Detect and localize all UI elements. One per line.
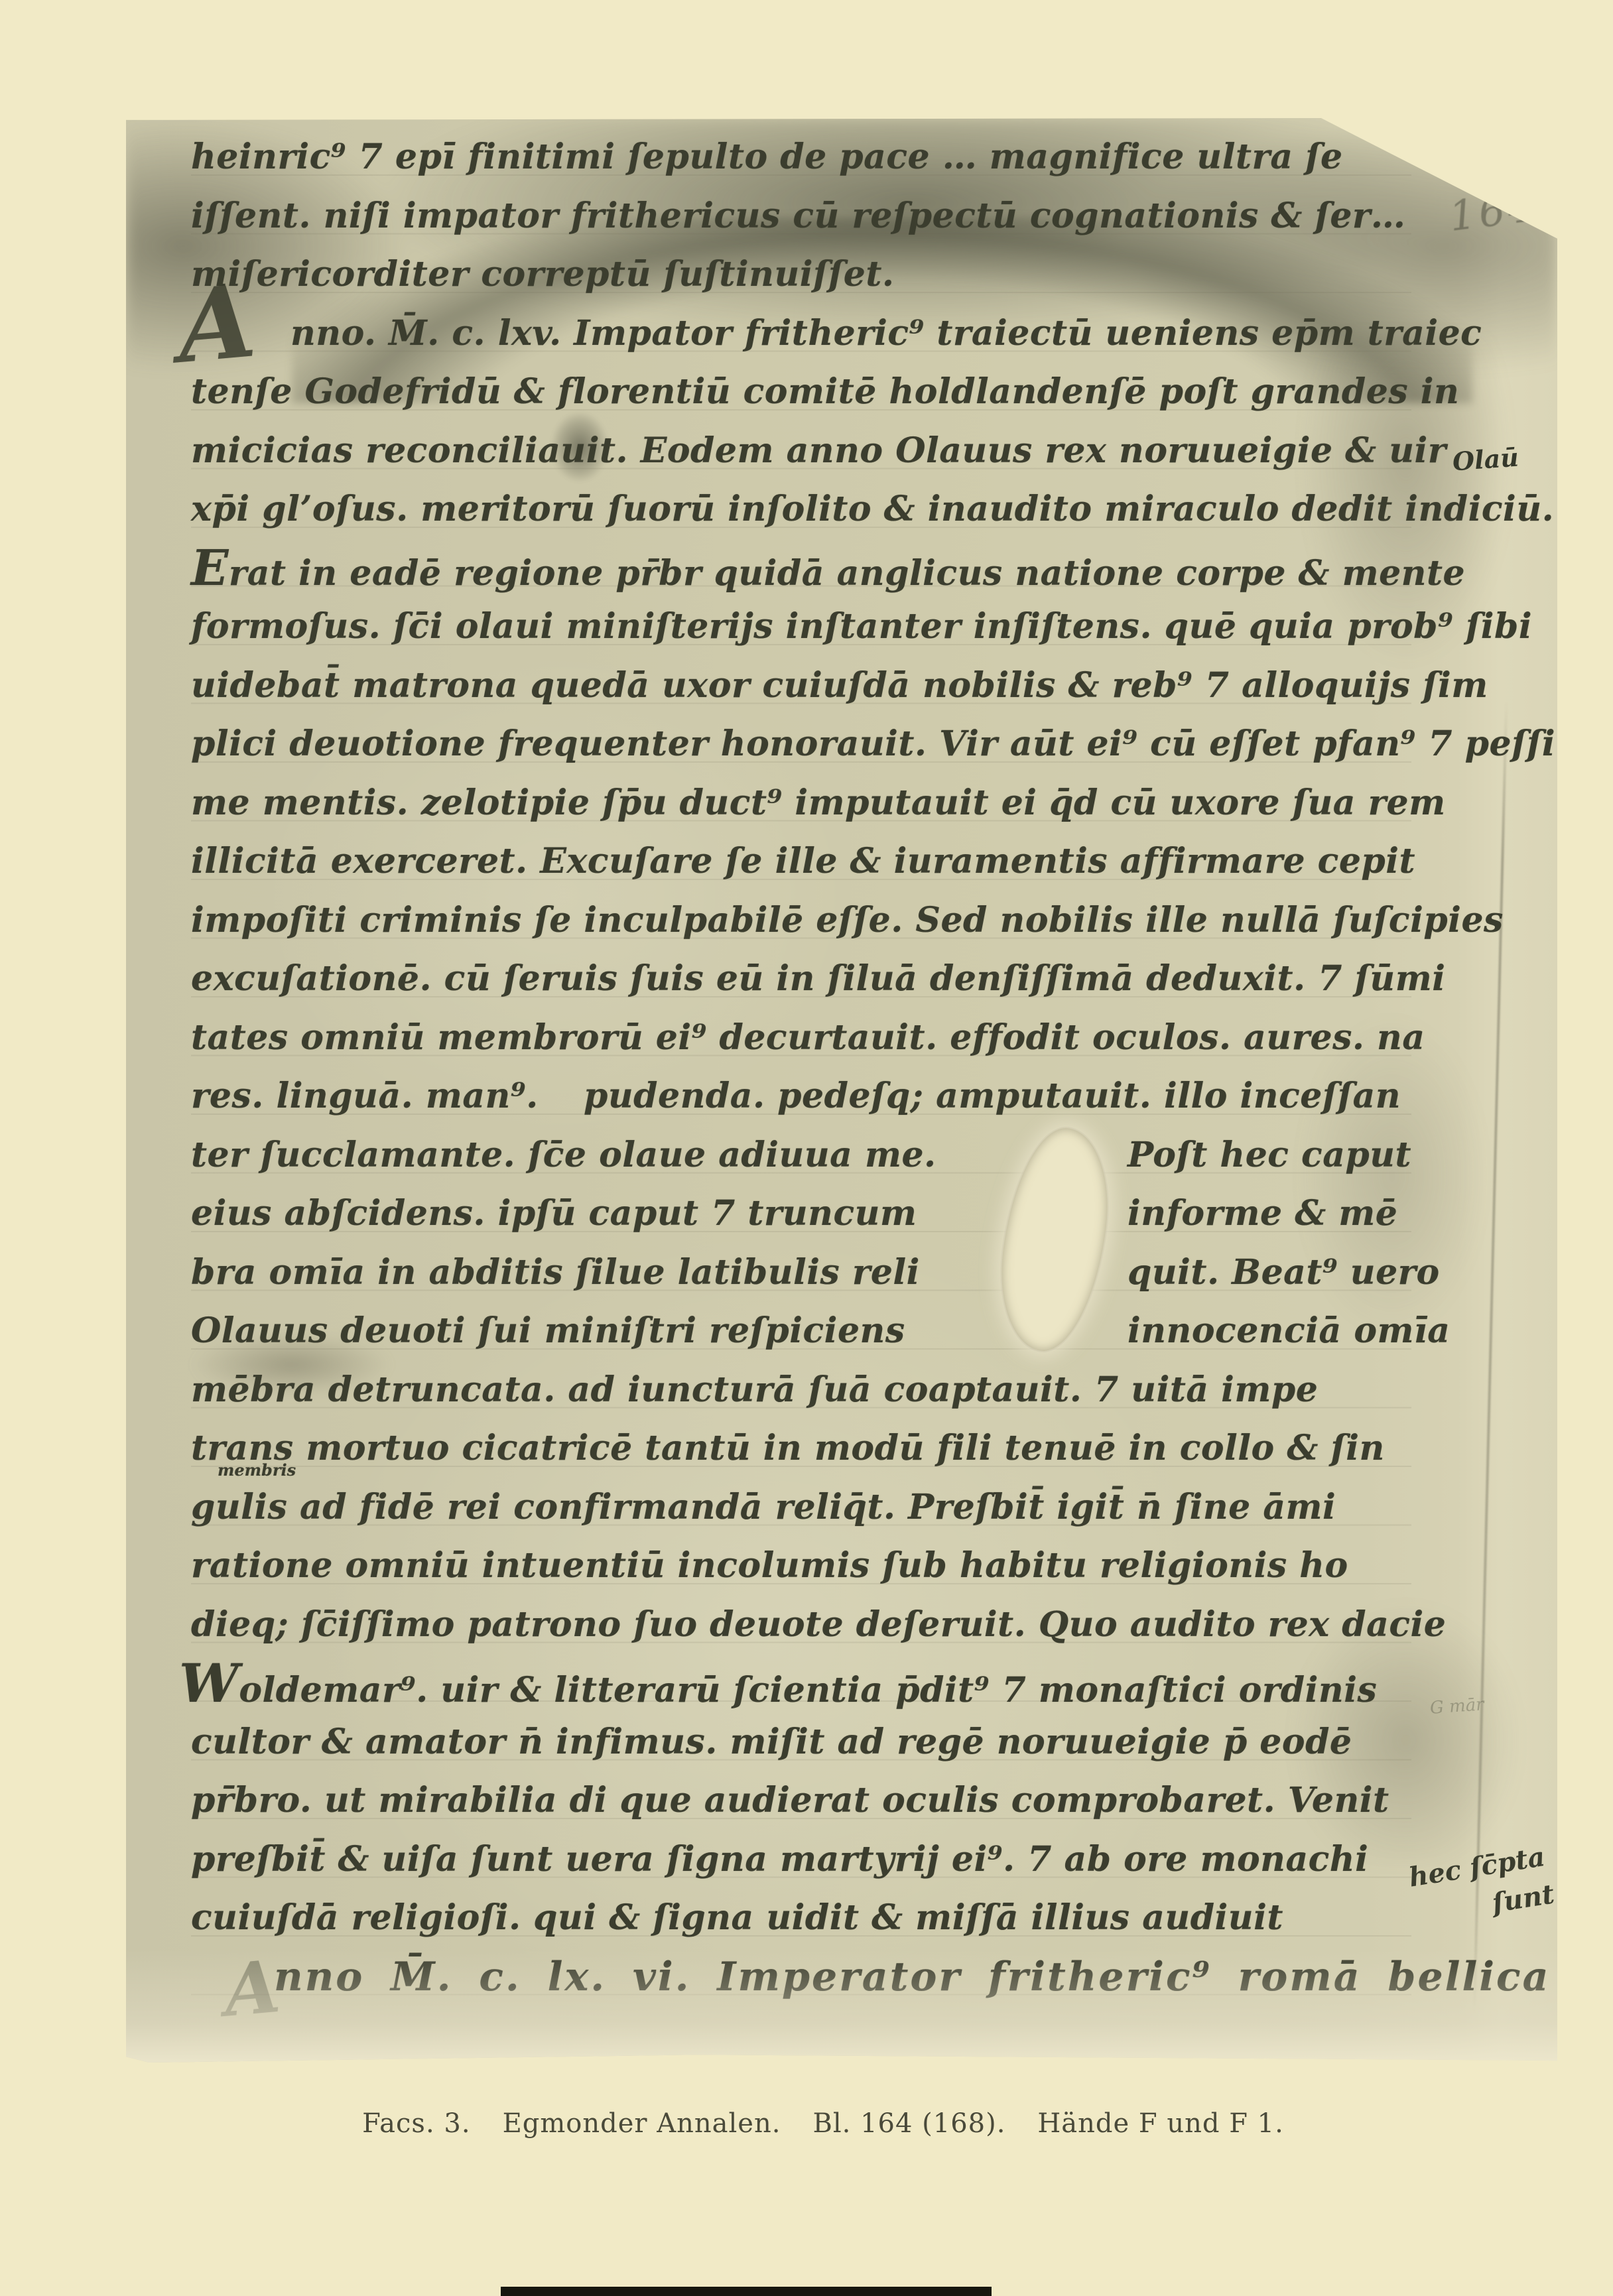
line-text: Olauus deuoti ſui miniſtri reſpiciens bbox=[191, 1310, 905, 1351]
folio-number: 164 bbox=[1447, 186, 1540, 237]
line-text-right: informe & mē bbox=[1128, 1184, 1397, 1244]
manuscript-line: preſbit̄ & uiſa ſunt uera ſigna martyrij… bbox=[191, 1830, 1411, 1889]
line-text: cuiuſdā religioſi. qui & ſigna uidit & m… bbox=[191, 1897, 1283, 1938]
line-text: dieq; ſc̄iſſimo patrono ſuo deuote deſer… bbox=[191, 1604, 1446, 1645]
manuscript-line: Olauus deuoti ſui miniſtri reſpiciensinn… bbox=[191, 1302, 1411, 1361]
line-text: oldemar⁹. uir & litterarū ſcientia p̄dit… bbox=[239, 1670, 1377, 1710]
manuscript-line: Anno. M̄. c. lxv. Impator fritheric⁹ tra… bbox=[191, 304, 1411, 363]
line-text: miſericorditer correptū ſuſtinuiſſet. bbox=[191, 254, 894, 294]
line-text: formoſus. ſc̄i olaui miniſterijs inſtant… bbox=[191, 606, 1532, 647]
manuscript-line: mēbra detruncata. ad iuncturā ſuā coapta… bbox=[191, 1361, 1411, 1420]
enlarged-initial-w: W bbox=[179, 1652, 239, 1714]
facsimile-photo: 164 Olaū heinric⁹ 7 epī finitimi ſepulto… bbox=[126, 118, 1557, 2063]
manuscript-line: formoſus. ſc̄i olaui miniſterijs inſtant… bbox=[191, 598, 1411, 657]
line-text: tates omniū membrorū ei⁹ decurtauit. eff… bbox=[191, 1017, 1425, 1058]
line-text: me mentis. zelotipie ſp̄u duct⁹ imputaui… bbox=[191, 783, 1446, 823]
marginal-pen-trial: G mār bbox=[1429, 1696, 1484, 1717]
caption-title: Egmonder Annalen. bbox=[503, 2108, 781, 2139]
caption-facs-label: Facs. 3. bbox=[362, 2108, 470, 2139]
photo-bottom-fade bbox=[126, 1950, 1557, 2063]
manuscript-line: tenſe Godefridū & florentiū comitē holdl… bbox=[191, 363, 1411, 422]
manuscript-line: me mentis. zelotipie ſp̄u duct⁹ imputaui… bbox=[191, 774, 1411, 833]
enlarged-initial-e: E bbox=[191, 540, 229, 597]
manuscript-line: xp̄i gl’oſus. meritorū ſuorū inſolito & … bbox=[191, 480, 1411, 539]
manuscript-line: illicitā exerceret. Excuſare ſe ille & i… bbox=[191, 832, 1411, 891]
line-text: iſſent. niſi impator frithericus cū reſp… bbox=[191, 196, 1405, 236]
marginal-note-line2: ſunt bbox=[1490, 1875, 1557, 1923]
line-text: plici deuotione frequenter honorauit. Vi… bbox=[191, 724, 1555, 764]
manuscript-line: excuſationē. cū ſeruis ſuis eū in ſiluā … bbox=[191, 950, 1411, 1009]
manuscript-line: cuiuſdā religioſi. qui & ſigna uidit & m… bbox=[191, 1889, 1411, 1948]
manuscript-line: bra omīa in abditis ſilue latibulis reli… bbox=[191, 1244, 1411, 1303]
line-text: cultor & amator n̄ infimus. miſit ad reg… bbox=[191, 1722, 1352, 1762]
line-text: impoſiti criminis ſe inculpabilē eſſe. S… bbox=[191, 900, 1504, 940]
manuscript-line: impoſiti criminis ſe inculpabilē eſſe. S… bbox=[191, 891, 1411, 950]
interlinear-addition: membris bbox=[218, 1462, 296, 1478]
page-edge-line bbox=[501, 2287, 992, 2296]
line-text-right: innocenciā omīa bbox=[1128, 1302, 1450, 1361]
line-text: rat in eadē regione pr̄br quidā anglicus… bbox=[229, 553, 1465, 594]
manuscript-line: cultor & amator n̄ infimus. miſit ad reg… bbox=[191, 1713, 1411, 1772]
manuscript-line: miſericorditer correptū ſuſtinuiſſet. bbox=[191, 245, 1411, 304]
manuscript-line: eius abſcidens. ipſū caput 7 truncuminfo… bbox=[191, 1184, 1411, 1244]
decorated-initial-a: A bbox=[175, 292, 257, 357]
manuscript-line: trans mortuo cicatricē tantū in modū fil… bbox=[191, 1419, 1411, 1478]
manuscript-text-block: heinric⁹ 7 epī finitimi ſepulto de pace … bbox=[191, 128, 1411, 2025]
line-text: preſbit̄ & uiſa ſunt uera ſigna martyrij… bbox=[191, 1839, 1368, 1880]
line-text: trans mortuo cicatricē tantū in modū fil… bbox=[191, 1428, 1385, 1468]
manuscript-line: tates omniū membrorū ei⁹ decurtauit. eff… bbox=[191, 1009, 1411, 1068]
manuscript-line: Woldemar⁹. uir & litterarū ſcientia p̄di… bbox=[191, 1654, 1411, 1713]
caption-hands: Hände F und F 1. bbox=[1037, 2108, 1283, 2139]
line-text: nno. M̄. c. lxv. Impator fritheric⁹ trai… bbox=[290, 313, 1482, 353]
line-text: mēbra detruncata. ad iuncturā ſuā coapta… bbox=[191, 1370, 1318, 1410]
manuscript-line: heinric⁹ 7 epī finitimi ſepulto de pace … bbox=[191, 128, 1411, 187]
manuscript-line: Erat in eadē regione pr̄br quidā anglicu… bbox=[191, 539, 1411, 598]
line-text-right: quit. Beat⁹ uero bbox=[1128, 1244, 1440, 1303]
line-text: gulis ad fidē rei confirmandā reliq̄t. P… bbox=[191, 1487, 1336, 1527]
line-text: excuſationē. cū ſeruis ſuis eū in ſiluā … bbox=[191, 958, 1446, 999]
line-text: illicitā exerceret. Excuſare ſe ille & i… bbox=[191, 841, 1415, 881]
line-text: uidebat̄ matrona quedā uxor cuiuſdā nobi… bbox=[191, 665, 1488, 706]
line-text: micicias reconciliauit. Eodem anno Olauu… bbox=[191, 430, 1447, 471]
line-text: pr̄bro. ut mirabilia di que audierat ocu… bbox=[191, 1780, 1389, 1820]
manuscript-line: pr̄bro. ut mirabilia di que audierat ocu… bbox=[191, 1771, 1411, 1830]
line-text: ter ſucclamante. ſc̄e olaue adiuua me. bbox=[191, 1135, 936, 1175]
line-text: bra omīa in abditis ſilue latibulis reli bbox=[191, 1252, 920, 1293]
manuscript-line: plici deuotione frequenter honorauit. Vi… bbox=[191, 715, 1411, 774]
line-text: res. linguā. man⁹. bbox=[191, 1076, 539, 1116]
manuscript-line: uidebat̄ matrona quedā uxor cuiuſdā nobi… bbox=[191, 657, 1411, 716]
line-text: xp̄i gl’oſus. meritorū ſuorū inſolito & … bbox=[191, 489, 1554, 529]
manuscript-line: dieq; ſc̄iſſimo patrono ſuo deuote deſer… bbox=[191, 1596, 1411, 1655]
line-text: eius abſcidens. ipſū caput 7 truncum bbox=[191, 1193, 917, 1234]
manuscript-line: micicias reconciliauit. Eodem anno Olauu… bbox=[191, 422, 1411, 481]
line-text: tenſe Godefridū & florentiū comitē holdl… bbox=[191, 371, 1459, 412]
line-text: ratione omniū intuentiū incolumis ſub ha… bbox=[191, 1545, 1348, 1586]
manuscript-line: iſſent. niſi impator frithericus cū reſp… bbox=[191, 187, 1411, 246]
plate-caption: Facs. 3.Egmonder Annalen.Bl. 164 (168).H… bbox=[17, 2108, 1613, 2139]
caption-folio-ref: Bl. 164 (168). bbox=[812, 2108, 1005, 2139]
line-text-right: Poſt hec caput bbox=[1128, 1126, 1411, 1185]
facsimile-page: { "caption": { "facs_label": "Facs. 3.",… bbox=[0, 0, 1613, 2296]
line-text-right: pudenda. pedeſq; amputauit. illo inceſſa… bbox=[584, 1067, 1401, 1126]
manuscript-line: gulis ad fidē rei confirmandā reliq̄t. P… bbox=[191, 1478, 1411, 1537]
marginal-note-olavus: Olaū bbox=[1452, 445, 1519, 475]
line-text: heinric⁹ 7 epī finitimi ſepulto de pace … bbox=[191, 137, 1343, 177]
manuscript-line: ter ſucclamante. ſc̄e olaue adiuua me.Po… bbox=[191, 1126, 1411, 1185]
manuscript-line: res. linguā. man⁹.pudenda. pedeſq; amput… bbox=[191, 1067, 1411, 1126]
manuscript-line: ratione omniū intuentiū incolumis ſub ha… bbox=[191, 1537, 1411, 1596]
